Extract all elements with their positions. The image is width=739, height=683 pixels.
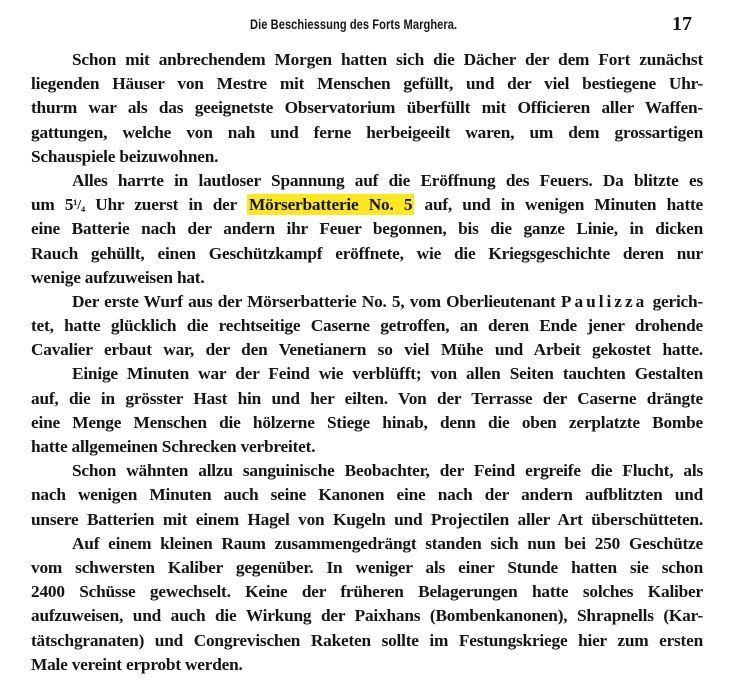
text-line: vom schwersten Kaliber gegenüber. In wen… [31,556,703,580]
paragraph-5: Schon wähnten allzu sanguinische Beobach… [31,459,703,532]
text-line-with-highlight: um 5¹/₄ Uhr zuerst in der Mörserbatterie… [31,193,703,217]
text-line: 2400 Schüsse gewechselt. Keine der frühe… [31,580,703,604]
text-line: Cavalier erbaut war, der den Venetianern… [31,338,703,362]
text-line: wenige aufzuweisen hat. [31,266,703,290]
text-span: Uhr zuerst in der [85,195,247,214]
text-line: aufzuweisen, und auch die Wirkung der Pa… [31,604,703,628]
spaced-name: Paulizza [561,292,647,311]
text-line: Einige Minuten war der Feind wie verblüf… [31,362,703,386]
text-line: tätschgranaten) und Congrevischen Rakete… [31,629,703,653]
text-line: Rauch gehüllt, einen Geschützkampf eröff… [31,242,703,266]
book-page: Die Beschiessung des Forts Marghera. 17 … [0,0,739,683]
text-line: Schon wähnten allzu sanguinische Beobach… [31,459,703,483]
text-line: liegenden Häuser von Mestre mit Menschen… [31,72,703,96]
text-line: hatte allgemeinen Schrecken verbreitet. [31,435,703,459]
text-line: auf, die in grösster Hast hin und her ei… [31,387,703,411]
page-number: 17 [672,13,692,36]
text-span: Der erste Wurf aus der Mörserbatterie No… [72,292,561,311]
text-line: Schauspiele beizuwohnen. [31,145,703,169]
text-line: nach wenigen Minuten auch seine Kanonen … [31,483,703,507]
text-line: Schon mit anbrechendem Morgen hatten sic… [31,48,703,72]
paragraph-6: Auf einem kleinen Raum zusammengedrängt … [31,532,703,677]
paragraph-3: Der erste Wurf aus der Mörserbatterie No… [31,290,703,363]
text-line: Male vereint erprobt werden. [31,653,703,677]
text-span: um 5 [31,195,73,214]
text-span: gerich- [647,292,703,311]
text-line: gattungen, welche von nah und ferne herb… [31,121,703,145]
text-line: Der erste Wurf aus der Mörserbatterie No… [31,290,703,314]
text-span: auf, und in wenigen Minuten hatte [414,195,703,214]
text-line: tet, hatte glücklich die rechtseitige Ca… [31,314,703,338]
highlighted-text[interactable]: Mörserbatterie No. 5 [247,194,414,215]
text-line: eine Menge Menschen die hölzerne Stiege … [31,411,703,435]
text-line: eine Batterie nach der andern ihr Feuer … [31,217,703,241]
text-line: Alles harrte in lautloser Spannung auf d… [31,169,703,193]
paragraph-1: Schon mit anbrechendem Morgen hatten sic… [31,48,703,169]
paragraph-2: Alles harrte in lautloser Spannung auf d… [31,169,703,290]
running-head: Die Beschiessung des Forts Marghera. 17 [0,13,739,35]
fraction: ¹/₄ [73,198,85,213]
text-line: Auf einem kleinen Raum zusammengedrängt … [31,532,703,556]
text-line: unsere Batterien mit einem Hagel von Kug… [31,508,703,532]
running-title: Die Beschiessung des Forts Marghera. [250,17,457,32]
paragraph-4: Einige Minuten war der Feind wie verblüf… [31,362,703,459]
text-line: thurm war als das geeignetste Observator… [31,96,703,120]
body-text: Schon mit anbrechendem Morgen hatten sic… [31,48,703,677]
